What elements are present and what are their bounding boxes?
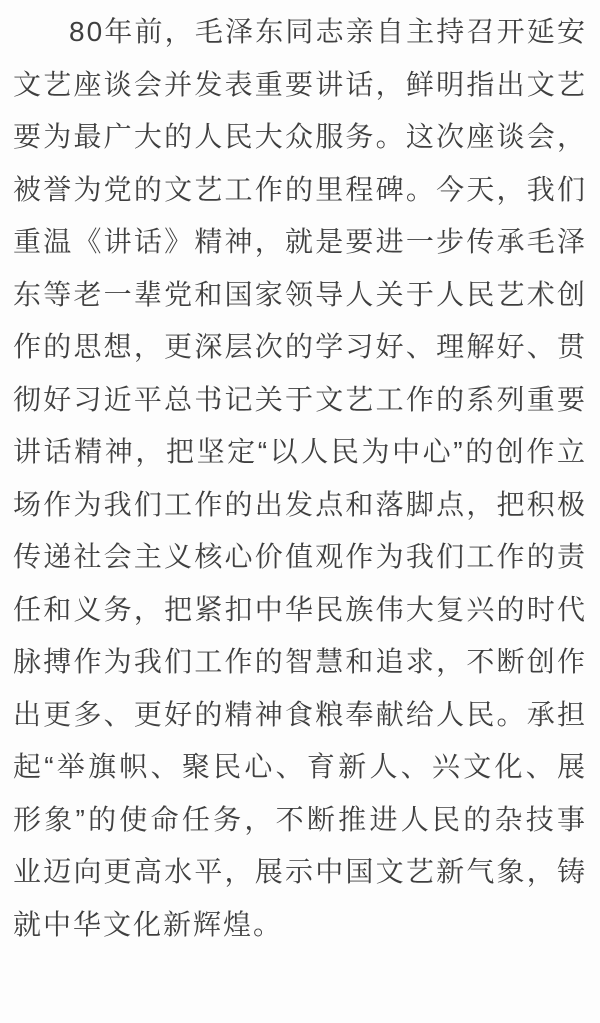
article-paragraph: 80年前，毛泽东同志亲自主持召开延安文艺座谈会并发表重要讲话，鲜明指出文艺要为最… xyxy=(13,6,587,951)
article-body: 80年前，毛泽东同志亲自主持召开延安文艺座谈会并发表重要讲话，鲜明指出文艺要为最… xyxy=(0,0,600,1023)
page: { "page": { "background": "#fdfdfd", "te… xyxy=(0,0,600,1023)
